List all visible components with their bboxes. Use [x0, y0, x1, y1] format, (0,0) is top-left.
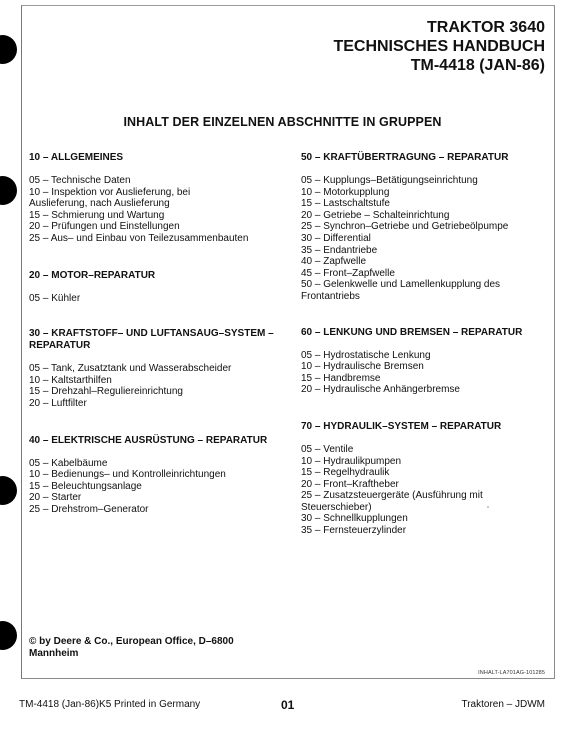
toc-item: 05 – Technische Daten [29, 175, 289, 187]
group-title-line: REPARATUR [29, 340, 289, 352]
toc-item: 10 – Kaltstarthilfen [29, 375, 289, 387]
toc-item: 25 – Aus– und Einbau von Teilezusammenba… [29, 233, 289, 245]
group-title: 60 – LENKUNG UND BREMSEN – REPARATUR [301, 327, 551, 339]
toc-group-40: 40 – ELEKTRISCHE AUSRÜSTUNG – REPARATUR … [29, 435, 289, 516]
toc-item: 30 – Differential [301, 233, 551, 245]
toc-group-70: 70 – HYDRAULIK–SYSTEM – REPARATUR 05 – V… [301, 421, 551, 537]
toc-item: 10 – Bedienungs– und Kontrolleinrichtung… [29, 469, 289, 481]
page-number: 01 [281, 698, 294, 712]
scan-speck [487, 506, 489, 508]
punch-hole [0, 621, 17, 650]
group-title: 10 – ALLGEMEINES [29, 152, 289, 164]
toc-item: 40 – Zapfwelle [301, 256, 551, 268]
group-items: 05 – Tank, Zusatztank und Wasserabscheid… [29, 363, 289, 409]
toc-item: 25 – Drehstrom–Generator [29, 504, 289, 516]
toc-item: 20 – Luftfilter [29, 398, 289, 410]
toc-left-column: 10 – ALLGEMEINES 05 – Technische Daten 1… [29, 152, 289, 516]
footer-category: Traktoren – JDWM [461, 699, 545, 710]
toc-group-60: 60 – LENKUNG UND BREMSEN – REPARATUR 05 … [301, 327, 551, 396]
group-items: 05 – Kühler [29, 293, 289, 305]
group-items: 05 – Kabelbäume 10 – Bedienungs– und Kon… [29, 458, 289, 516]
toc-group-50: 50 – KRAFTÜBERTRAGUNG – REPARATUR 05 – K… [301, 152, 551, 303]
toc-item: Frontantriebs [301, 291, 551, 303]
toc-item: 10 – Motorkupplung [301, 187, 551, 199]
toc-item: 05 – Tank, Zusatztank und Wasserabscheid… [29, 363, 289, 375]
toc-item: 20 – Front–Kraftheber [301, 479, 551, 491]
toc-item: 20 – Getriebe – Schalteinrichtung [301, 210, 551, 222]
title-code: TM-4418 (JAN-86) [333, 56, 545, 75]
toc-item: 10 – Hydraulikpumpen [301, 456, 551, 468]
title-model: TRAKTOR 3640 [333, 18, 545, 37]
footer-publication: TM-4418 (Jan-86)K5 Printed in Germany [19, 699, 200, 710]
toc-item: 15 – Drehzahl–Reguliereinrichtung [29, 386, 289, 398]
group-title: 40 – ELEKTRISCHE AUSRÜSTUNG – REPARATUR [29, 435, 289, 447]
group-title: 50 – KRAFTÜBERTRAGUNG – REPARATUR [301, 152, 551, 164]
toc-group-10: 10 – ALLGEMEINES 05 – Technische Daten 1… [29, 152, 289, 245]
toc-item: 15 – Handbremse [301, 373, 551, 385]
toc-item: 30 – Schnellkupplungen [301, 513, 551, 525]
punch-hole [0, 176, 17, 205]
toc-item: 05 – Ventile [301, 444, 551, 456]
group-items: 05 – Technische Daten 10 – Inspektion vo… [29, 175, 289, 245]
toc-right-column: 50 – KRAFTÜBERTRAGUNG – REPARATUR 05 – K… [301, 152, 551, 537]
toc-group-30: 30 – KRAFTSTOFF– UND LUFTANSAUG–SYSTEM –… [29, 328, 289, 409]
toc-item: 15 – Schmierung und Wartung [29, 210, 289, 222]
toc-item: 50 – Gelenkwelle und Lamellenkupplung de… [301, 279, 551, 291]
group-items: 05 – Ventile 10 – Hydraulikpumpen 15 – R… [301, 444, 551, 537]
punch-hole [0, 35, 17, 64]
toc-item: 20 – Starter [29, 492, 289, 504]
group-title: 30 – KRAFTSTOFF– UND LUFTANSAUG–SYSTEM –… [29, 328, 289, 352]
group-title-line: 30 – KRAFTSTOFF– UND LUFTANSAUG–SYSTEM – [29, 328, 289, 340]
toc-item: 25 – Zusatzsteuergeräte (Ausführung mit [301, 490, 551, 502]
toc-item: 20 – Hydraulische Anhängerbremse [301, 384, 551, 396]
toc-item: 35 – Endantriebe [301, 245, 551, 257]
group-title: 20 – MOTOR–REPARATUR [29, 270, 289, 282]
toc-item: 25 – Synchron–Getriebe und Getriebeölpum… [301, 221, 551, 233]
copyright-line: Mannheim [29, 648, 289, 660]
toc-item: 45 – Front–Zapfwelle [301, 268, 551, 280]
toc-item: 15 – Regelhydraulik [301, 467, 551, 479]
toc-item: 05 – Hydrostatische Lenkung [301, 350, 551, 362]
toc-item: Auslieferung, nach Auslieferung [29, 198, 289, 210]
toc-item: 35 – Fernsteuerzylinder [301, 525, 551, 537]
toc-item: 10 – Inspektion vor Auslieferung, bei [29, 187, 289, 199]
group-items: 05 – Hydrostatische Lenkung 10 – Hydraul… [301, 350, 551, 396]
document-title: TRAKTOR 3640 TECHNISCHES HANDBUCH TM-441… [333, 18, 545, 75]
document-code: INHALT-LA701AG-101285 [478, 670, 545, 676]
toc-item: Steuerschieber) [301, 502, 551, 514]
copyright-line: © by Deere & Co., European Office, D–680… [29, 636, 289, 648]
toc-item: 15 – Lastschaltstufe [301, 198, 551, 210]
group-items: 05 – Kupplungs–Betätigungseinrichtung 10… [301, 175, 551, 303]
toc-item: 05 – Kühler [29, 293, 289, 305]
toc-item: 10 – Hydraulische Bremsen [301, 361, 551, 373]
toc-item: 05 – Kupplungs–Betätigungseinrichtung [301, 175, 551, 187]
punch-hole [0, 476, 17, 505]
group-title: 70 – HYDRAULIK–SYSTEM – REPARATUR [301, 421, 551, 433]
title-handbook: TECHNISCHES HANDBUCH [333, 37, 545, 56]
toc-heading: INHALT DER EINZELNEN ABSCHNITTE IN GRUPP… [0, 115, 565, 129]
toc-item: 15 – Beleuchtungsanlage [29, 481, 289, 493]
toc-item: 20 – Prüfungen und Einstellungen [29, 221, 289, 233]
toc-group-20: 20 – MOTOR–REPARATUR 05 – Kühler [29, 270, 289, 305]
toc-item: 05 – Kabelbäume [29, 458, 289, 470]
copyright-notice: © by Deere & Co., European Office, D–680… [29, 636, 289, 660]
